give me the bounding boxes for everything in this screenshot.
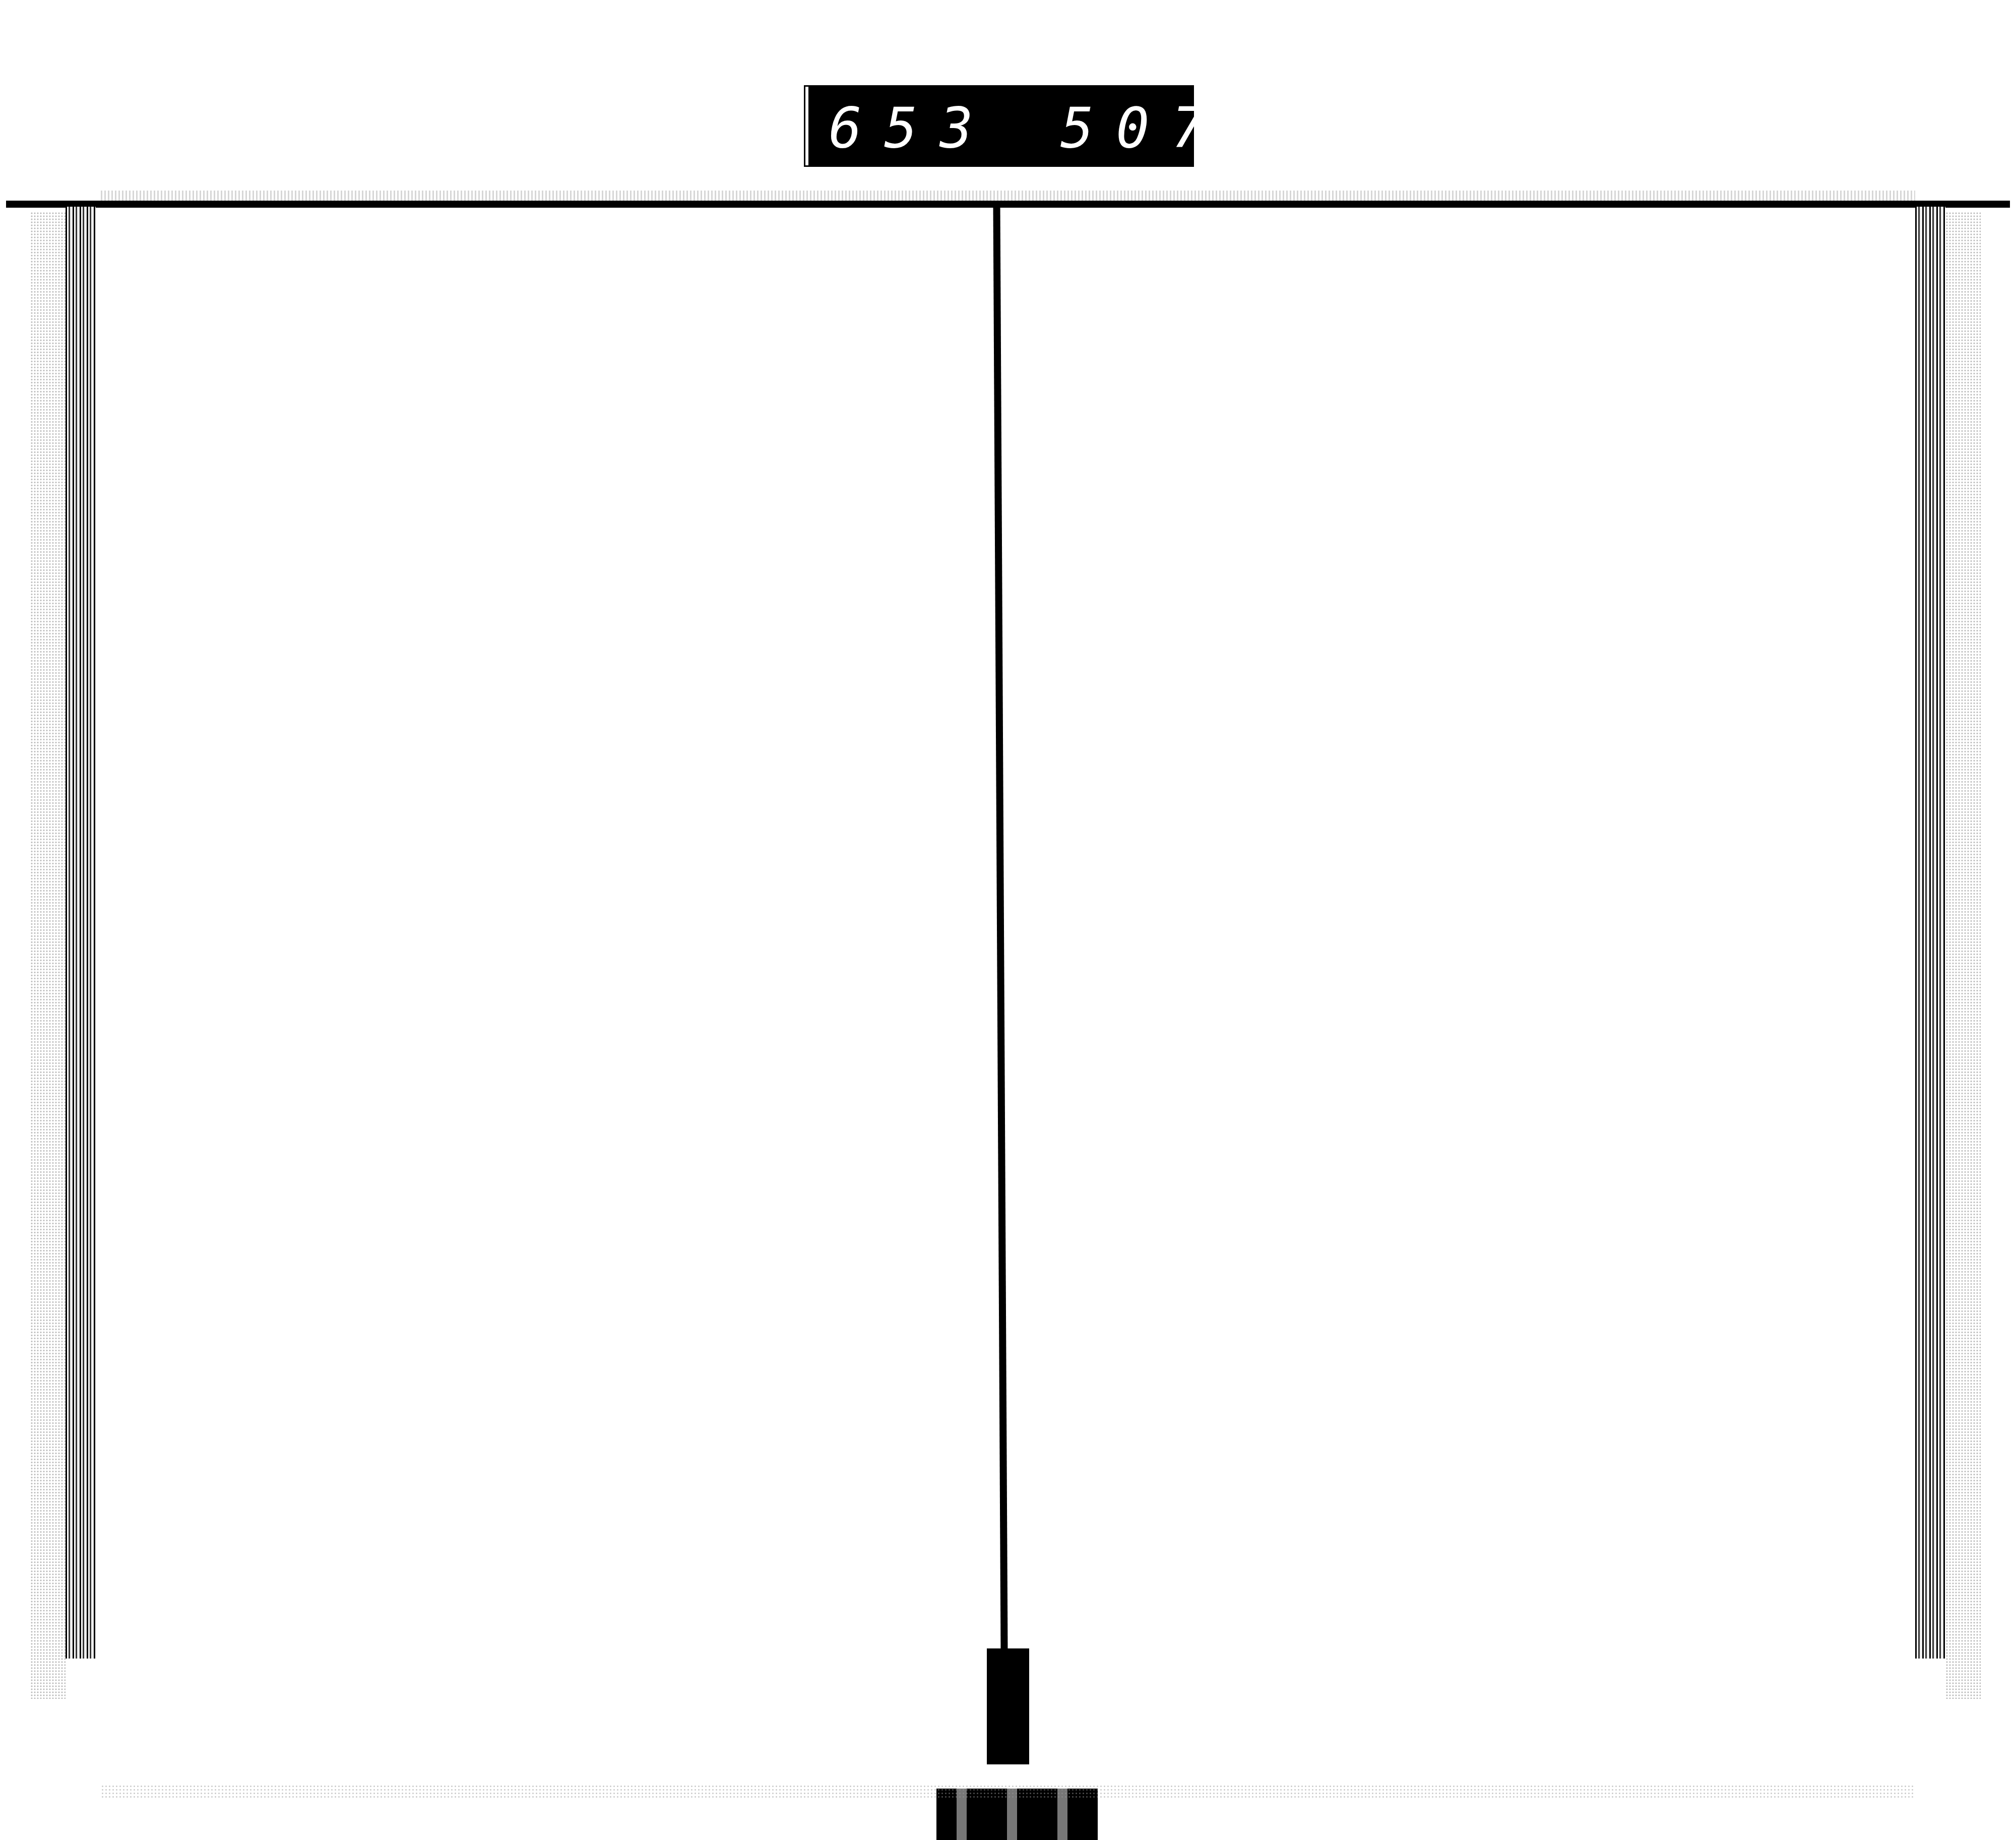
spine-base xyxy=(987,1648,1029,1764)
left-page-edge xyxy=(66,207,96,1659)
counter-right-number: 507. xyxy=(1060,96,1283,160)
right-page xyxy=(1008,208,1910,1654)
center-spine xyxy=(993,202,1007,1653)
counter-left-number: 653 xyxy=(829,96,995,160)
top-edge-shading xyxy=(101,191,1915,201)
right-edge-shading xyxy=(1945,212,1981,1699)
counter-label: 653 507. xyxy=(805,87,1192,165)
top-binding-bar xyxy=(6,201,2010,208)
bottom-edge-shading xyxy=(101,1785,1915,1800)
right-page-edge xyxy=(1915,207,1945,1659)
left-edge-shading xyxy=(30,212,66,1699)
left-page xyxy=(101,208,993,1654)
